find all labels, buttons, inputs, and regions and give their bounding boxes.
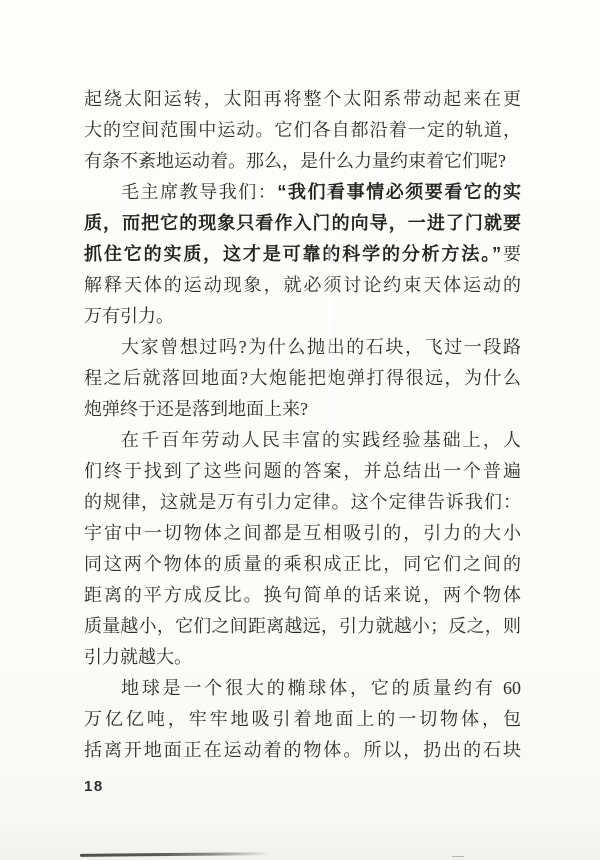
body-text-segment: 质量越小，它们之间距离越远，引力就越小；反之，则 [84, 616, 521, 636]
text-line: 解释天体的运动现象，就必须讨论约束天体运动的 [84, 270, 521, 301]
body-text-segment: 解释天体的运动现象，就必须讨论约束天体运动的 [84, 275, 521, 295]
scanned-book-page: 起绕太阳运转，太阳再将整个太阳系带动起来在更大的空间范围中运动。它们各自都沿着一… [0, 0, 600, 860]
text-line: 有条不紊地运动着。那么，是什么力量约束着它们呢? [84, 146, 521, 177]
body-text-segment: 程之后就落回地面?大炮能把炮弹打得很远，为什么 [84, 368, 521, 388]
quote-bold-text: “我们看事情必须要看它的实 [277, 182, 521, 202]
scan-dot-artifact [452, 856, 464, 857]
body-text-segment: 起绕太阳运转，太阳再将整个太阳系带动起来在更 [84, 89, 521, 109]
text-line: 在千百年劳动人民丰富的实践经验基础上，人 [84, 425, 521, 456]
body-text-segment: 要 [501, 244, 521, 264]
body-text-segment: 同这两个物体的质量的乘积成正比，同它们之间的 [84, 554, 521, 574]
body-text-segment: 距离的平方成反比。换句简单的话来说，两个物体 [84, 585, 521, 605]
text-line: 宇宙中一切物体之间都是互相吸引的，引力的大小 [84, 518, 521, 549]
body-text-segment: 毛主席教导我们： [121, 182, 277, 202]
body-text-segment: 地球是一个很大的椭球体，它的质量约有 60 [121, 678, 521, 698]
body-text-segment: 在千百年劳动人民丰富的实践经验基础上，人 [121, 430, 521, 450]
text-line: 程之后就落回地面?大炮能把炮弹打得很远，为什么 [84, 363, 521, 394]
body-text-segment: 大的空间范围中运动。它们各自都沿着一定的轨道， [84, 120, 521, 140]
text-line: 距离的平方成反比。换句简单的话来说，两个物体 [84, 580, 521, 611]
body-text-segment: 宇宙中一切物体之间都是互相吸引的，引力的大小 [84, 523, 521, 543]
body-text: 起绕太阳运转，太阳再将整个太阳系带动起来在更大的空间范围中运动。它们各自都沿着一… [84, 84, 521, 766]
text-line: 起绕太阳运转，太阳再将整个太阳系带动起来在更 [84, 84, 521, 115]
quote-bold-text: 质，而把它的现象只看作入门的向导，一进了门就要 [84, 213, 521, 233]
text-line: 抓住它的实质，这才是可靠的科学的分析方法。”要 [84, 239, 521, 270]
scan-edge-line-artifact [80, 852, 270, 857]
text-line: 万有引力。 [84, 301, 521, 332]
body-text-segment: 引力就越大。 [84, 647, 192, 667]
body-text-segment: 炮弹终于还是落到地面上来? [84, 399, 308, 419]
text-line: 们终于找到了这些问题的答案，并总结出一个普遍 [84, 456, 521, 487]
body-text-segment: 括离开地面正在运动着的物体。所以，扔出的石块 [84, 740, 521, 760]
body-text-segment: 们终于找到了这些问题的答案，并总结出一个普遍 [84, 461, 521, 481]
text-line: 地球是一个很大的椭球体，它的质量约有 60 [84, 673, 521, 704]
body-text-segment: 万亿亿吨，牢牢地吸引着地面上的一切物体，包 [84, 709, 521, 729]
text-line: 质，而把它的现象只看作入门的向导，一进了门就要 [84, 208, 521, 239]
text-line: 毛主席教导我们：“我们看事情必须要看它的实 [84, 177, 521, 208]
body-text-segment: 大家曾想过吗?为什么抛出的石块，飞过一段路 [121, 337, 521, 357]
page-number: 18 [84, 778, 104, 795]
text-line: 大的空间范围中运动。它们各自都沿着一定的轨道， [84, 115, 521, 146]
text-line: 大家曾想过吗?为什么抛出的石块，飞过一段路 [84, 332, 521, 363]
text-line: 的规律，这就是万有引力定律。这个定律告诉我们： [84, 487, 521, 518]
text-line: 万亿亿吨，牢牢地吸引着地面上的一切物体，包 [84, 704, 521, 735]
quote-bold-text: 抓住它的实质，这才是可靠的科学的分析方法。” [84, 244, 501, 264]
text-line: 炮弹终于还是落到地面上来? [84, 394, 521, 425]
text-line: 同这两个物体的质量的乘积成正比，同它们之间的 [84, 549, 521, 580]
text-line: 括离开地面正在运动着的物体。所以，扔出的石块 [84, 735, 521, 766]
body-text-segment: 的规律，这就是万有引力定律。这个定律告诉我们： [84, 492, 521, 512]
text-line: 质量越小，它们之间距离越远，引力就越小；反之，则 [84, 611, 521, 642]
text-line: 引力就越大。 [84, 642, 521, 673]
body-text-segment: 有条不紊地运动着。那么，是什么力量约束着它们呢? [84, 151, 506, 171]
body-text-segment: 万有引力。 [84, 306, 174, 326]
